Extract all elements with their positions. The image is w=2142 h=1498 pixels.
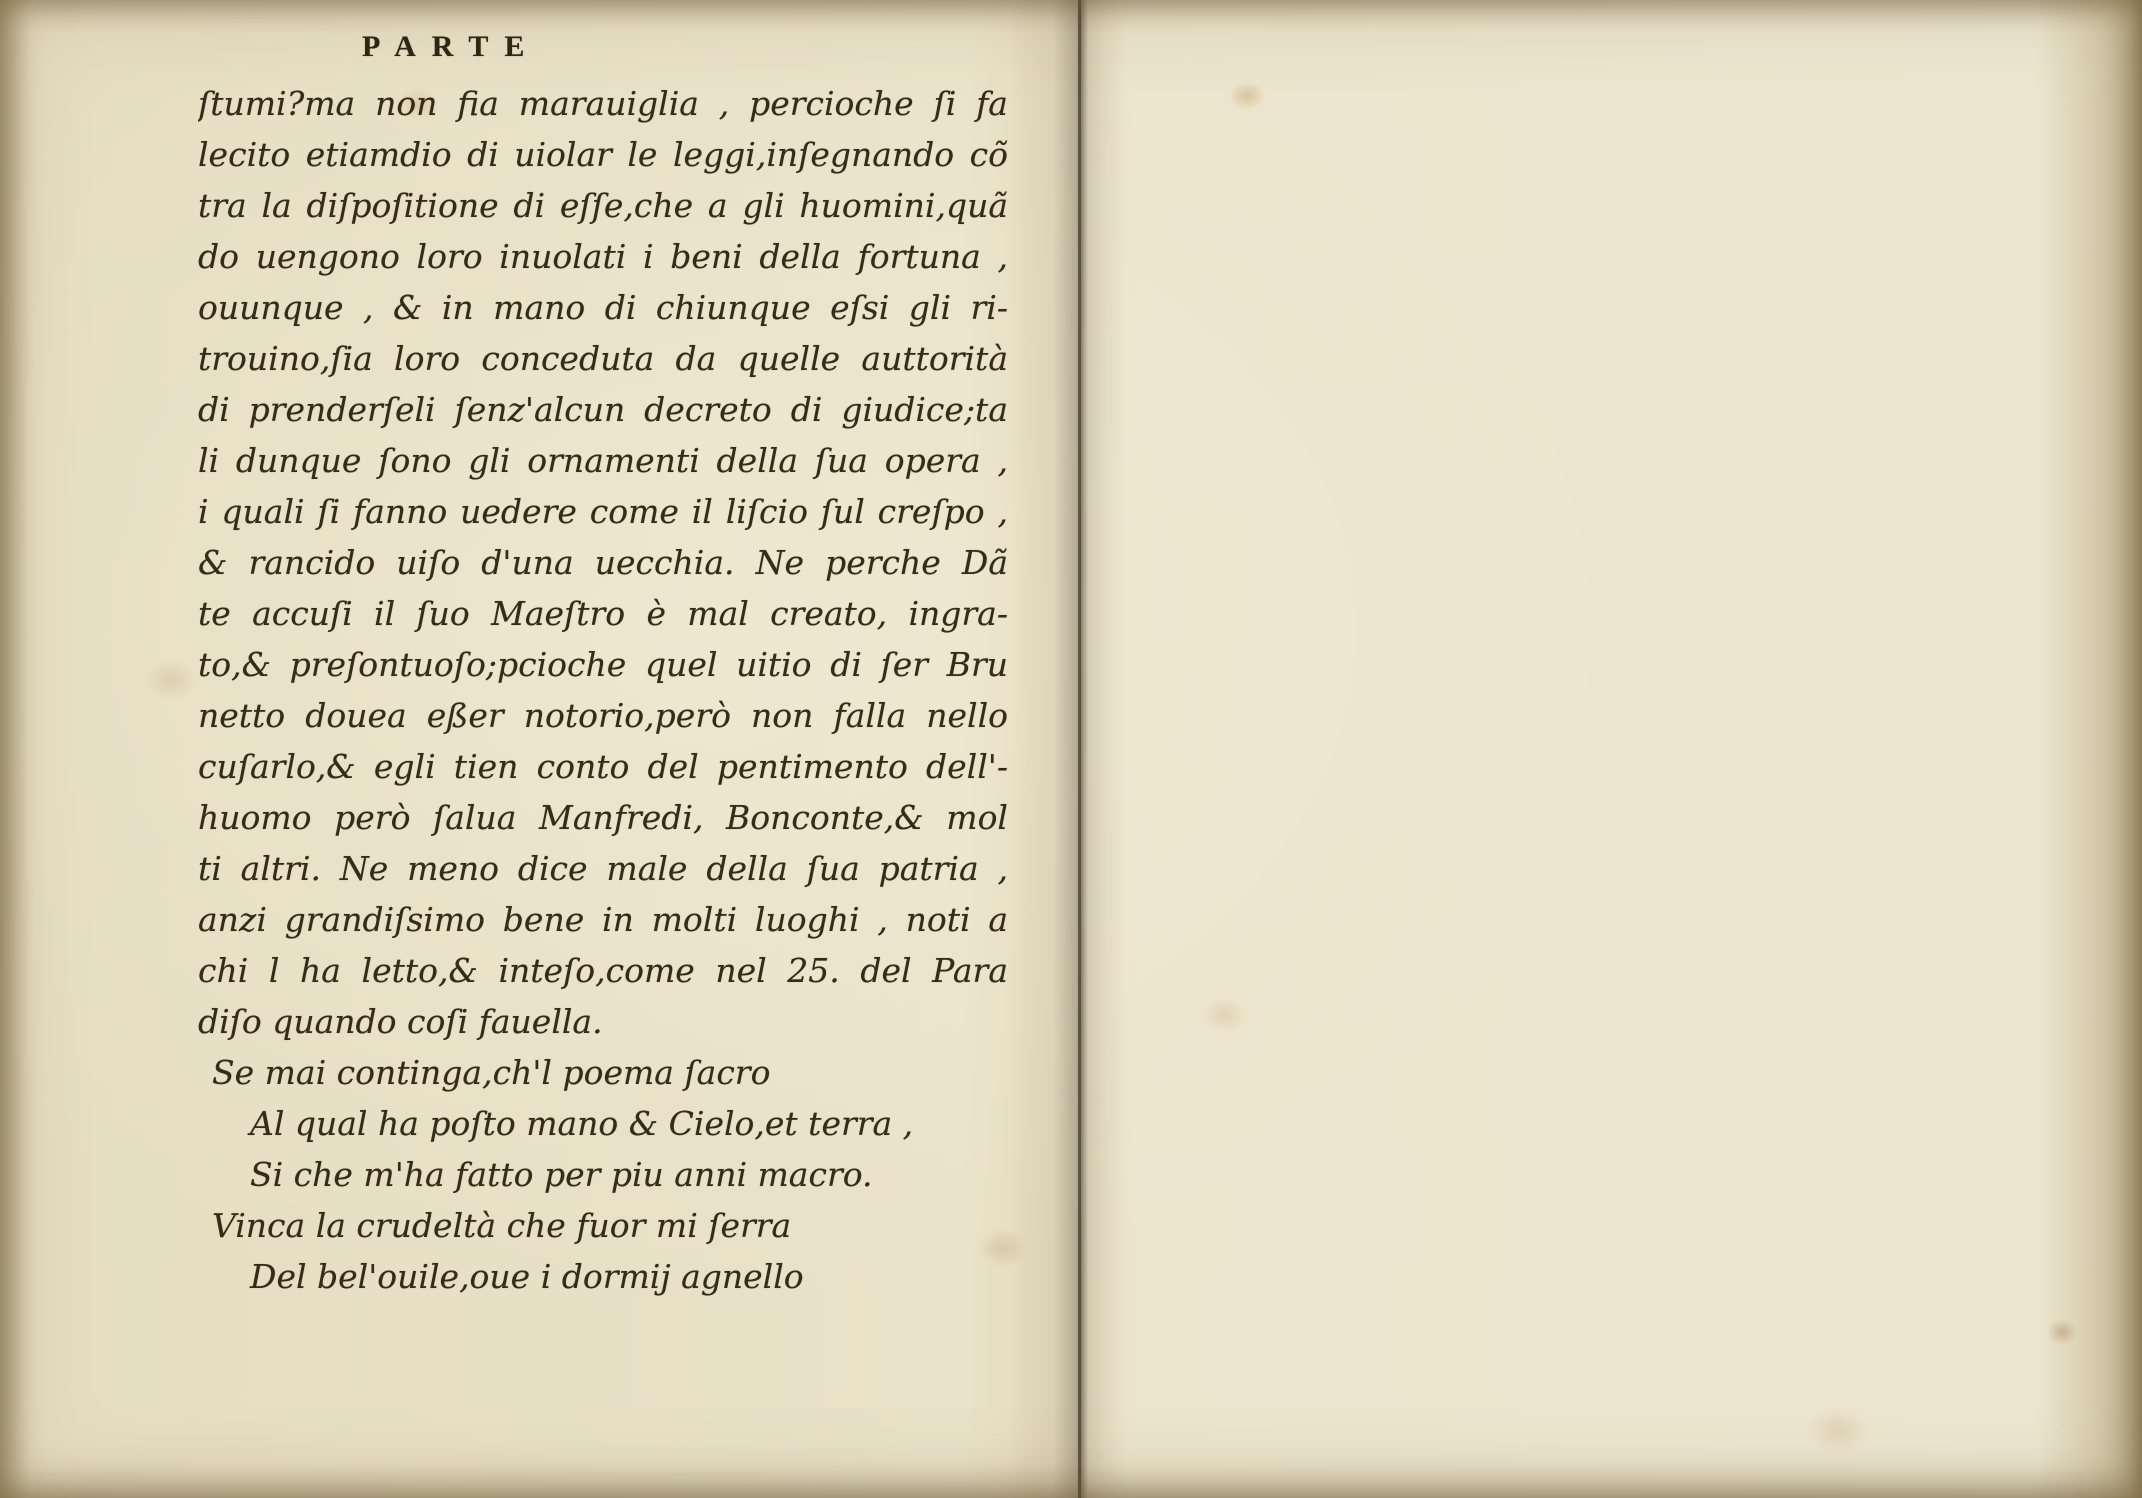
book-scan: PARTE ſtumi?ma non fia marauiglia , perc…: [0, 0, 2142, 1498]
text-line: te accuſi il ſuo Maeſtro è mal creato, i…: [198, 588, 1008, 639]
left-page: PARTE ſtumi?ma non fia marauiglia , perc…: [0, 0, 1070, 1498]
text-line: diſo quando coſi fauella.: [198, 996, 1008, 1047]
text-line: netto douea eßer notorio,però non falla …: [198, 690, 1008, 741]
right-page: SECONDA 22 Nemico a i lupi,che gli danno…: [1070, 0, 2142, 1498]
text-line: di prenderſeli ſenz'alcun decreto di giu…: [198, 384, 1008, 435]
text-line: anzi grandiſsimo bene in molti luoghi , …: [198, 894, 1008, 945]
text-line: ti altri. Ne meno dice male della ſua pa…: [198, 843, 1008, 894]
text-line: & rancido uiſo d'una uecchia. Ne perche …: [198, 537, 1008, 588]
text-line: li dunque ſono gli ornamenti della ſua o…: [198, 435, 1008, 486]
text-line: huomo però ſalua Manfredi, Bonconte,& mo…: [198, 792, 1008, 843]
poem-line: Vinca la crudeltà che fuor mi ſerra: [198, 1200, 1008, 1251]
left-text-block: ſtumi?ma non fia marauiglia , percioche …: [198, 78, 1008, 1302]
text-line: tra la diſpoſitione di eſſe,che a gli hu…: [198, 180, 1008, 231]
text-line: to,& preſontuoſo;pcioche quel uitio di ſ…: [198, 639, 1008, 690]
text-line: trouino,ſia loro conceduta da quelle aut…: [198, 333, 1008, 384]
poem-line: Se mai continga,ch'l poema ſacro: [198, 1047, 1008, 1098]
text-line: ouunque , & in mano di chiunque eſsi gli…: [198, 282, 1008, 333]
text-line: chi l ha letto,& inteſo,come nel 25. del…: [198, 945, 1008, 996]
running-head-left: PARTE: [362, 30, 540, 64]
text-line: i quali ſi fanno uedere come il liſcio ſ…: [198, 486, 1008, 537]
text-line: ſtumi?ma non fia marauiglia , percioche …: [198, 78, 1008, 129]
text-line: cuſarlo,& egli tien conto del pentimento…: [198, 741, 1008, 792]
poem-line: Al qual ha poſto mano & Cielo,et terra ,: [198, 1098, 1008, 1149]
poem-line: Del bel'ouile,oue i dormij agnello: [198, 1251, 1008, 1302]
poem-line: Si che m'ha fatto per piu anni macro.: [198, 1149, 1008, 1200]
text-line: do uengono loro inuolati i beni della fo…: [198, 231, 1008, 282]
text-line: lecito etiamdio di uiolar le leggi,inſeg…: [198, 129, 1008, 180]
